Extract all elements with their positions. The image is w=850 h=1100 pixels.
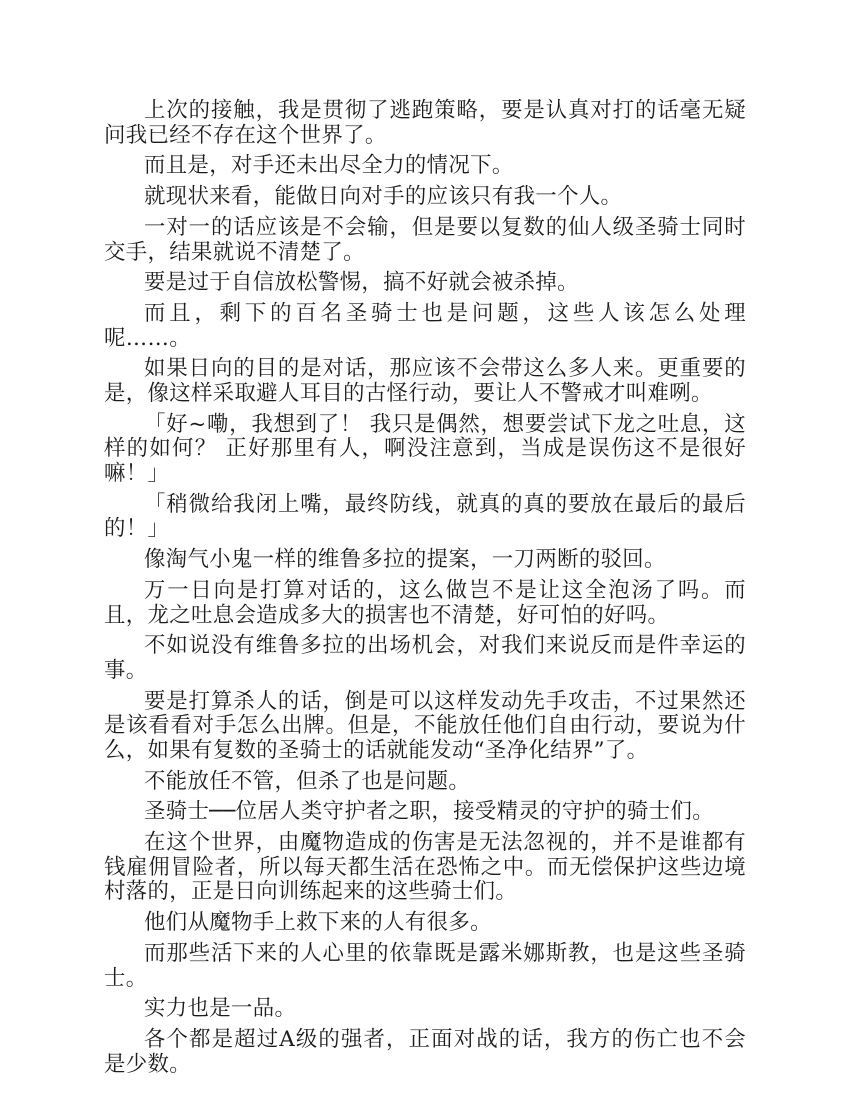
- paragraph-1: 上次的接触，我是贯彻了逃跑策略，要是认真对打的话毫无疑问我已经不存在这个世界了。: [104, 99, 746, 148]
- paragraph-11: 万一日向是打算对话的，这么做岂不是让这全泡汤了吗。而且，龙之吐息会造成多大的损害…: [104, 579, 746, 628]
- paragraph-20: 各个都是超过A级的强者，正面对战的话，我方的伤亡也不会是少数。: [104, 1028, 746, 1077]
- paragraph-14: 不能放任不管，但杀了也是问题。: [104, 770, 746, 795]
- document-page: 上次的接触，我是贯彻了逃跑策略，要是认真对打的话毫无疑问我已经不存在这个世界了。…: [104, 99, 746, 1084]
- paragraph-2: 而且是，对手还未出尽全力的情况下。: [104, 154, 746, 179]
- paragraph-7: 如果日向的目的是对话，那应该不会带这么多人来。更重要的是，像这样采取避人耳目的古…: [104, 357, 746, 406]
- paragraph-18: 而那些活下来的人心里的依靠既是露米娜斯教，也是这些圣骑士。: [104, 942, 746, 991]
- paragraph-16: 在这个世界，由魔物造成的伤害是无法忽视的，并不是谁都有钱雇佣冒险者，所以每天都生…: [104, 831, 746, 905]
- paragraph-3: 就现状来看，能做日向对手的应该只有我一个人。: [104, 185, 746, 210]
- paragraph-12: 不如说没有维鲁多拉的出场机会，对我们来说反而是件幸运的事。: [104, 634, 746, 683]
- paragraph-17: 他们从魔物手上救下来的人有很多。: [104, 911, 746, 936]
- paragraph-5: 要是过于自信放松警惕，搞不好就会被杀掉。: [104, 271, 746, 296]
- dialogue-paragraph-9: 「稍微给我闭上嘴，最终防线，就真的真的要放在最后的最后的！」: [104, 493, 746, 542]
- paragraph-6: 而且，剩下的百名圣骑士也是问题，这些人该怎么处理呢……。: [104, 302, 746, 351]
- paragraph-15: 圣骑士──位居人类守护者之职，接受精灵的守护的骑士们。: [104, 800, 746, 825]
- paragraph-4: 一对一的话应该是不会输，但是要以复数的仙人级圣骑士同时交手，结果就说不清楚了。: [104, 216, 746, 265]
- paragraph-13: 要是打算杀人的话，倒是可以这样发动先手攻击，不过果然还是该看看对手怎么出牌。但是…: [104, 690, 746, 764]
- paragraph-19: 实力也是一品。: [104, 997, 746, 1022]
- paragraph-10: 像淘气小鬼一样的维鲁多拉的提案，一刀两断的驳回。: [104, 548, 746, 573]
- dialogue-paragraph-8: 「好~嘞，我想到了！ 我只是偶然，想要尝试下龙之吐息，这样的如何？ 正好那里有人…: [104, 413, 746, 487]
